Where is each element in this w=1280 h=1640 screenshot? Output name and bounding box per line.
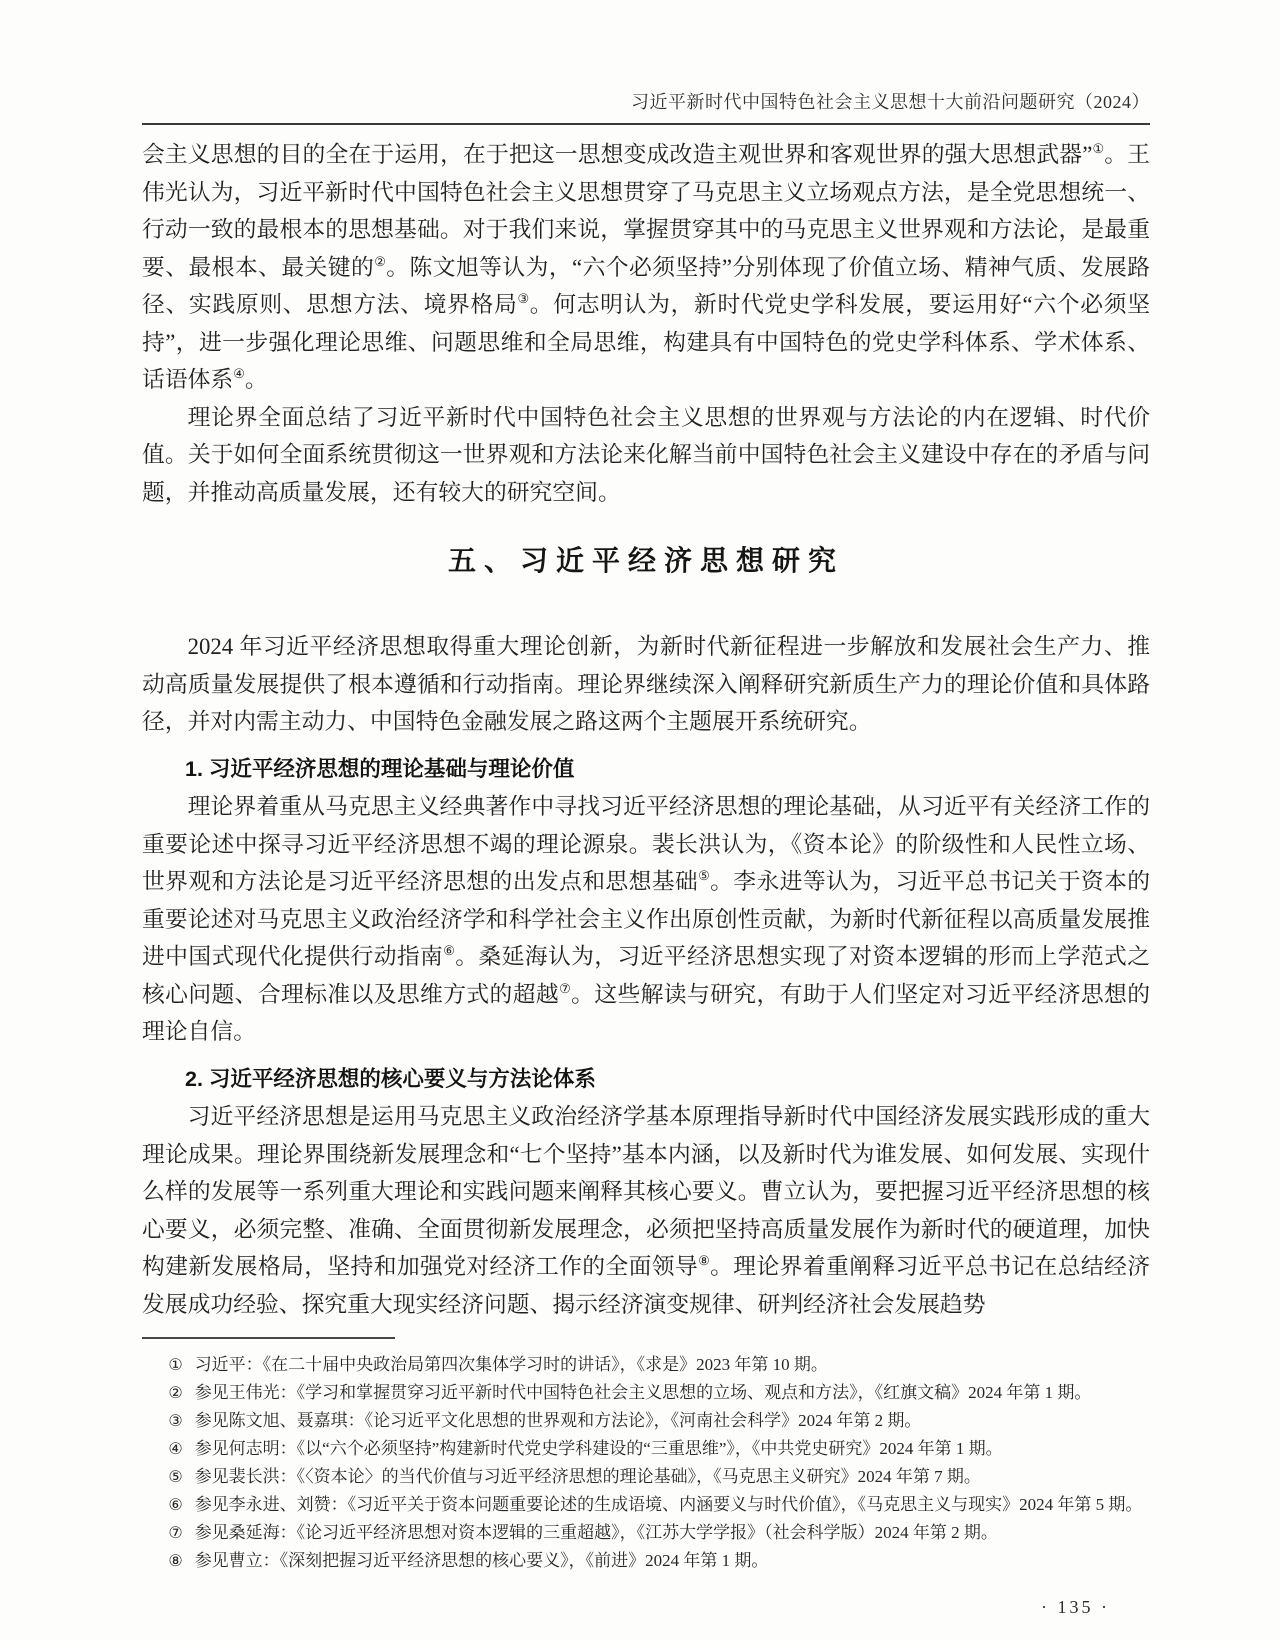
footnote-marker: ⑤	[168, 1469, 182, 1486]
footnote: ⑥参见李永进、刘赞：《习近平关于资本问题重要论述的生成语境、内涵要义与时代价值》…	[142, 1491, 1150, 1519]
footnote-marker: ①	[168, 1357, 182, 1374]
footnote-text: 习近平：《在二十届中央政治局第四次集体学习时的讲话》，《求是》2023 年第 1…	[195, 1355, 828, 1374]
footnote-marker: ⑥	[168, 1497, 182, 1514]
footnote-text: 参见王伟光：《学习和掌握贯穿习近平新时代中国特色社会主义思想的立场、观点和方法》…	[195, 1383, 1092, 1402]
page-header: 习近平新时代中国特色社会主义思想十大前沿问题研究（2024）	[142, 0, 1150, 125]
footnote-text: 参见曹立：《深刻把握习近平经济思想的核心要义》，《前进》2024 年第 1 期。	[195, 1551, 769, 1570]
footnote-text: 参见何志明：《以“六个必须坚持”构建新时代党史学科建设的“三重思维”》，《中共党…	[195, 1439, 1003, 1458]
body-paragraph-continuation: 会主义思想的目的全在于运用，在于把这一思想变成改造主观世界和客观世界的强大思想武…	[142, 136, 1150, 399]
subsection-heading-1: 1. 习近平经济思想的理论基础与理论价值	[142, 751, 1150, 789]
footnote-divider	[142, 1337, 395, 1339]
running-head-title: 习近平新时代中国特色社会主义思想十大前沿问题研究（2024）	[142, 0, 1150, 114]
footnote: ⑧参见曹立：《深刻把握习近平经济思想的核心要义》，《前进》2024 年第 1 期…	[142, 1547, 1150, 1575]
footnote-list: ①习近平：《在二十届中央政治局第四次集体学习时的讲话》，《求是》2023 年第 …	[142, 1351, 1150, 1575]
subsection-heading-2: 2. 习近平经济思想的核心要义与方法论体系	[142, 1061, 1150, 1099]
footnote-marker: ④	[168, 1441, 182, 1458]
footnote-section: ①习近平：《在二十届中央政治局第四次集体学习时的讲话》，《求是》2023 年第 …	[142, 1337, 1150, 1575]
body-paragraph: 理论界着重从马克思主义经典著作中寻找习近平经济思想的理论基础，从习近平有关经济工…	[142, 788, 1150, 1051]
footnote-marker: ②	[168, 1385, 182, 1402]
document-page: 习近平新时代中国特色社会主义思想十大前沿问题研究（2024） 会主义思想的目的全…	[0, 0, 1280, 1640]
footnote: ③参见陈文旭、聂嘉琪：《论习近平文化思想的世界观和方法论》，《河南社会科学》20…	[142, 1407, 1150, 1435]
footnote-text: 参见裴长洪：《〈资本论〉的当代价值与习近平经济思想的理论基础》，《马克思主义研究…	[195, 1467, 981, 1486]
footnote: ⑤参见裴长洪：《〈资本论〉的当代价值与习近平经济思想的理论基础》，《马克思主义研…	[142, 1463, 1150, 1491]
footnote: ①习近平：《在二十届中央政治局第四次集体学习时的讲话》，《求是》2023 年第 …	[142, 1351, 1150, 1379]
footnote-text: 参见桑延海：《论习近平经济思想对资本逻辑的三重超越》，《江苏大学学报》（社会科学…	[195, 1523, 998, 1542]
footnote-marker: ⑦	[168, 1525, 182, 1542]
page-number: · 135 ·	[1041, 1597, 1110, 1618]
section-heading: 五、习近平经济思想研究	[142, 541, 1150, 583]
footnote-text: 参见陈文旭、聂嘉琪：《论习近平文化思想的世界观和方法论》，《河南社会科学》202…	[195, 1411, 922, 1430]
footnote: ⑦参见桑延海：《论习近平经济思想对资本逻辑的三重超越》，《江苏大学学报》（社会科…	[142, 1519, 1150, 1547]
body-paragraph: 习近平经济思想是运用马克思主义政治经济学基本原理指导新时代中国经济发展实践形成的…	[142, 1098, 1150, 1323]
footnote: ④参见何志明：《以“六个必须坚持”构建新时代党史学科建设的“三重思维”》，《中共…	[142, 1435, 1150, 1463]
footnote: ②参见王伟光：《学习和掌握贯穿习近平新时代中国特色社会主义思想的立场、观点和方法…	[142, 1379, 1150, 1407]
page-body: 会主义思想的目的全在于运用，在于把这一思想变成改造主观世界和客观世界的强大思想武…	[142, 136, 1150, 1323]
footnote-marker: ⑧	[168, 1553, 182, 1570]
body-paragraph: 2024 年习近平经济思想取得重大理论创新，为新时代新征程进一步解放和发展社会生…	[142, 628, 1150, 741]
body-paragraph: 理论界全面总结了习近平新时代中国特色社会主义思想的世界观与方法论的内在逻辑、时代…	[142, 399, 1150, 512]
footnote-text: 参见李永进、刘赞：《习近平关于资本问题重要论述的生成语境、内涵要义与时代价值》，…	[195, 1495, 1143, 1514]
footnote-marker: ③	[168, 1413, 182, 1430]
header-divider	[142, 123, 1150, 125]
